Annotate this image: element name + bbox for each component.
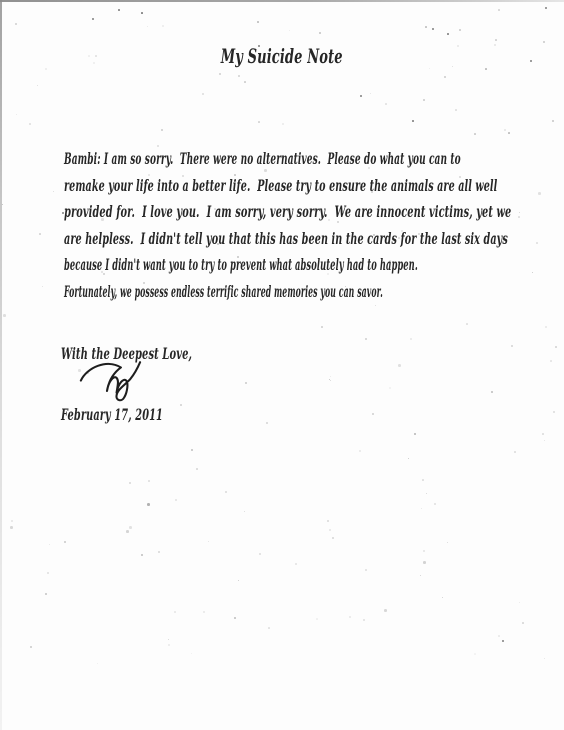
letter-body-line: because I didn't want you to try to prev…	[64, 252, 448, 279]
letter-date: February 17, 2011	[61, 405, 163, 424]
letter-title-row: My Suicide Note	[0, 44, 564, 68]
scan-edge-top	[0, 0, 564, 2]
letter-body-line: Bambi: I am so sorry. There were no alte…	[64, 146, 480, 173]
letter-body-line: Fortunately, we possess endless terrific…	[64, 279, 422, 306]
letter-title: My Suicide Note	[221, 44, 343, 68]
scan-edge-left	[0, 0, 2, 730]
letter-body-line: are helpless. I didn't tell you that thi…	[64, 226, 508, 253]
scanned-letter-page: My Suicide Note Bambi: I am so sorry. Th…	[0, 0, 564, 730]
letter-body: Bambi: I am so sorry. There were no alte…	[64, 146, 564, 306]
signature-scribble	[75, 357, 159, 411]
letter-body-line: provided for. I love you. I am sorry, ve…	[64, 199, 515, 226]
letter-body-line: remake your life into a better life. Ple…	[64, 173, 505, 200]
